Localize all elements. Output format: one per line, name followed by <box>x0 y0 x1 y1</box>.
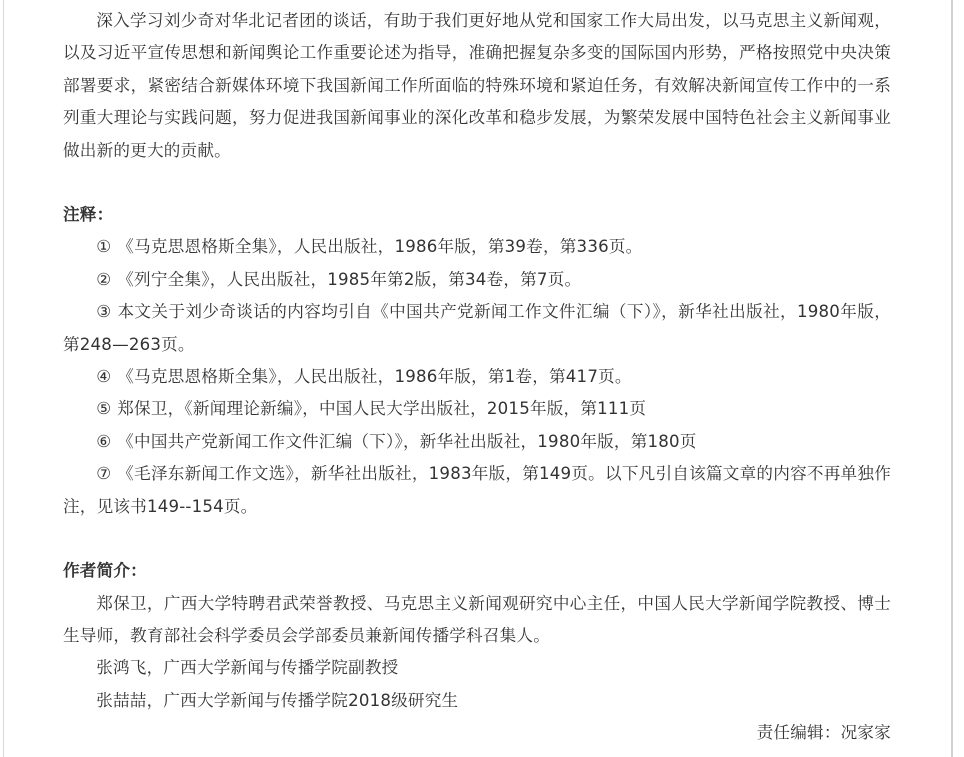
note-number: ③ <box>96 302 111 321</box>
note-item: ④《马克思恩格斯全集》，人民出版社，1986年版，第1卷，第417页。 <box>63 361 891 393</box>
note-number: ⑥ <box>96 432 111 451</box>
responsible-editor: 责任编辑：况家家 <box>63 717 891 749</box>
note-text: 《马克思恩格斯全集》，人民出版社，1986年版，第1卷，第417页。 <box>117 367 631 386</box>
note-text: 《列宁全集》，人民出版社，1985年第2版，第34卷，第7页。 <box>117 270 581 289</box>
note-item: ①《马克思恩格斯全集》，人民出版社，1986年版，第39卷，第336页。 <box>63 231 891 263</box>
author-bio: 郑保卫，广西大学特聘君武荣誉教授、马克思主义新闻观研究中心主任，中国人民大学新闻… <box>63 588 891 653</box>
spacer <box>63 523 891 555</box>
note-text: 《毛泽东新闻工作文选》，新华社出版社，1983年版，第149页。以下凡引自该篇文… <box>63 464 891 515</box>
article-content: 深入学习刘少奇对华北记者团的谈话，有助于我们更好地从党和国家工作大局出发，以马克… <box>63 5 891 750</box>
notes-title: 注释： <box>63 199 891 231</box>
note-item: ②《列宁全集》，人民出版社，1985年第2版，第34卷，第7页。 <box>63 264 891 296</box>
note-text: 郑保卫，《新闻理论新编》，中国人民大学出版社，2015年版，第111页 <box>117 399 646 418</box>
author-bio: 张喆喆，广西大学新闻与传播学院2018级研究生 <box>63 685 891 717</box>
note-text: 《中国共产党新闻工作文件汇编（下）》，新华社出版社，1980年版，第180页 <box>117 432 696 451</box>
note-text: 《马克思恩格斯全集》，人民出版社，1986年版，第39卷，第336页。 <box>117 237 642 256</box>
note-item: ③本文关于刘少奇谈话的内容均引自《中国共产党新闻工作文件汇编（下）》，新华社出版… <box>63 296 891 361</box>
note-item: ⑥《中国共产党新闻工作文件汇编（下）》，新华社出版社，1980年版，第180页 <box>63 426 891 458</box>
note-number: ① <box>96 237 111 256</box>
spacer <box>63 167 891 199</box>
note-text: 本文关于刘少奇谈话的内容均引自《中国共产党新闻工作文件汇编（下）》，新华社出版社… <box>63 302 891 353</box>
note-item: ⑦《毛泽东新闻工作文选》，新华社出版社，1983年版，第149页。以下凡引自该篇… <box>63 458 891 523</box>
note-number: ⑤ <box>96 399 111 418</box>
note-number: ② <box>96 270 111 289</box>
note-number: ④ <box>96 367 111 386</box>
authors-title: 作者简介： <box>63 555 891 587</box>
note-number: ⑦ <box>96 464 111 483</box>
note-item: ⑤郑保卫，《新闻理论新编》，中国人民大学出版社，2015年版，第111页 <box>63 393 891 425</box>
closing-paragraph: 深入学习刘少奇对华北记者团的谈话，有助于我们更好地从党和国家工作大局出发，以马克… <box>63 5 891 167</box>
author-bio: 张鸿飞，广西大学新闻与传播学院副教授 <box>63 652 891 684</box>
